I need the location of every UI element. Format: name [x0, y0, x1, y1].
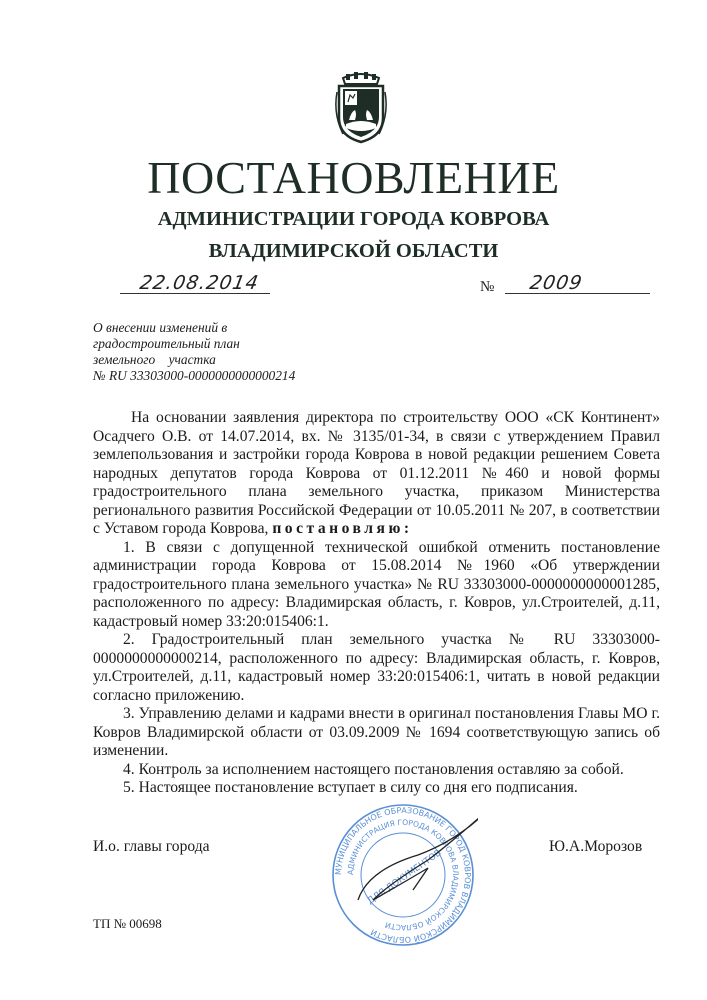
subject-line: градостроительный план: [93, 336, 295, 352]
item-2: 2. Градостроительный план земельного уча…: [93, 631, 660, 705]
subject-line: № RU 33303000-0000000000000214: [93, 368, 295, 384]
item-5: 5. Настоящее постановление вступает в си…: [93, 779, 660, 798]
signer-name: Ю.А.Морозов: [549, 838, 642, 856]
tp-number: ТП № 00698: [93, 916, 162, 932]
document-number: 2009: [528, 272, 584, 294]
document-body: На основании заявления директора по стро…: [93, 409, 660, 798]
issuer-line-2: ВЛАДИМИРСКОЙ ОБЛАСТИ: [0, 240, 707, 263]
item-1: 1. В связи с допущенной технической ошиб…: [93, 539, 660, 632]
issuer-line-1: АДМИНИСТРАЦИИ ГОРОДА КОВРОВА: [0, 208, 707, 231]
subject-line: О внесении изменений в: [93, 320, 295, 336]
signer-title: И.о. главы города: [93, 838, 210, 856]
coat-of-arms-icon: [333, 68, 389, 146]
document-date: 22.08.2014: [138, 272, 261, 294]
number-label: №: [480, 279, 494, 296]
document-title: ПОСТАНОВЛЕНИЕ: [0, 152, 707, 204]
resolve-word: постановляю:: [272, 520, 412, 537]
subject-line: земельного участка: [93, 352, 295, 368]
official-stamp-icon: МУНИЦИПАЛЬНОЕ ОБРАЗОВАНИЕ ГОРОД КОВРОВ В…: [328, 800, 478, 950]
subject-block: О внесении изменений в градостроительный…: [93, 320, 295, 384]
item-4: 4. Контроль за исполнением настоящего по…: [93, 761, 660, 780]
preamble-text: На основании заявления директора по стро…: [93, 409, 660, 537]
preamble-paragraph: На основании заявления директора по стро…: [93, 409, 660, 539]
item-3: 3. Управлению делами и кадрами внести в …: [93, 705, 660, 761]
